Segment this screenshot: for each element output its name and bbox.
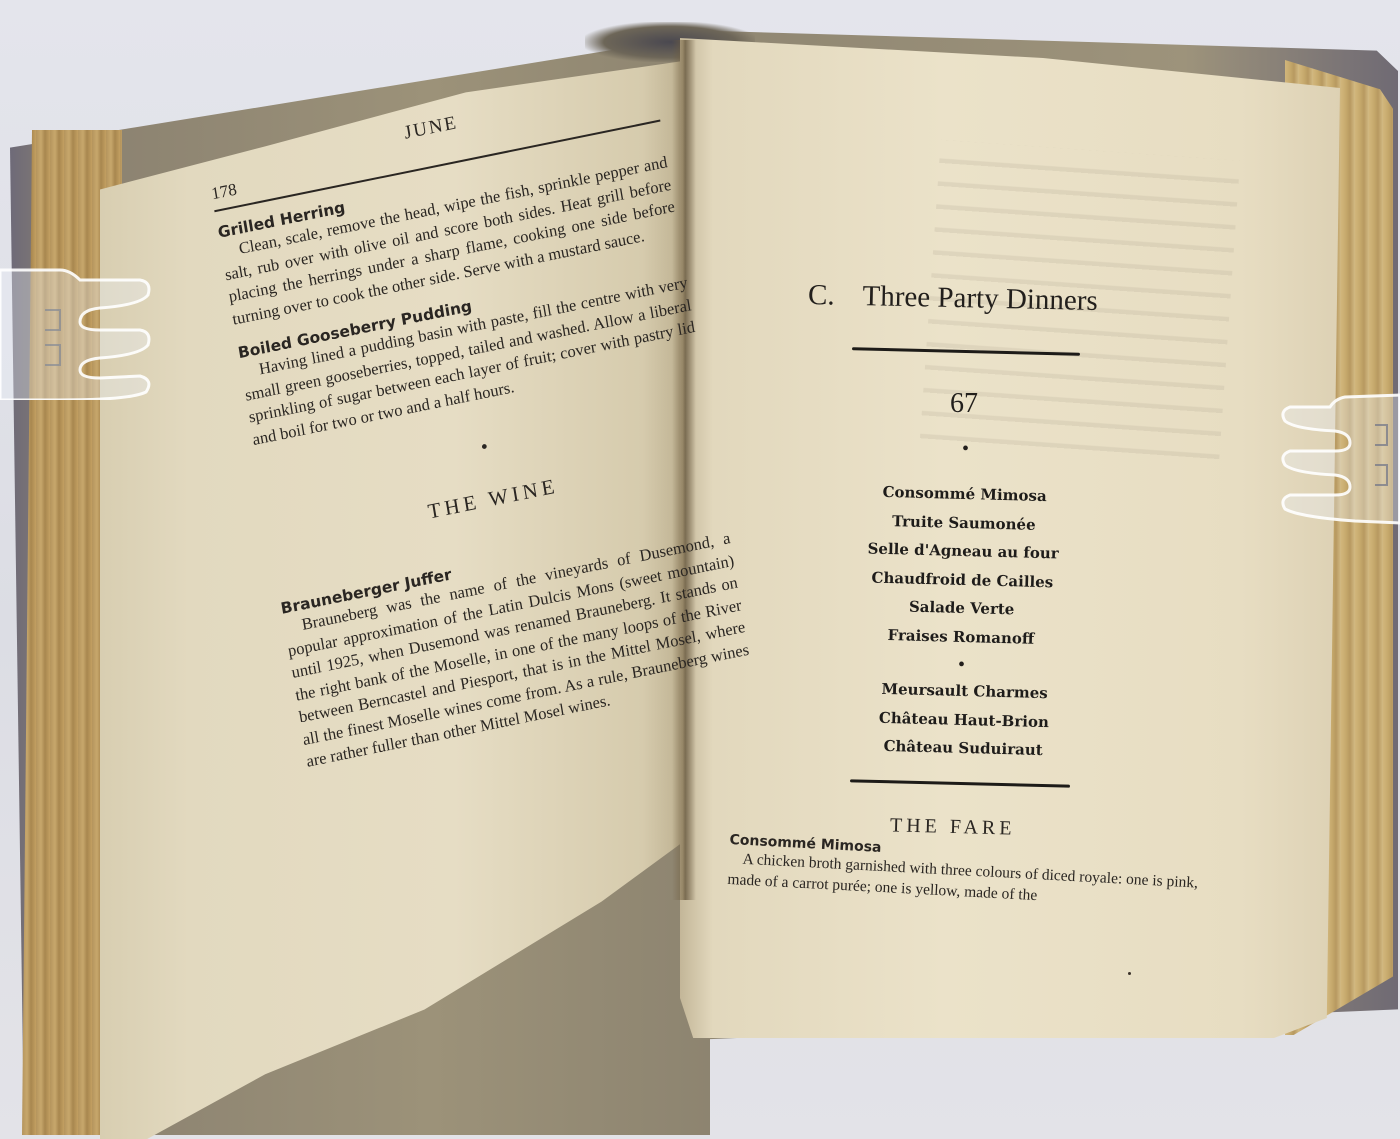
clip-icon [0,250,160,400]
menu-separator: • [962,438,969,461]
page-clip-right [1275,385,1400,535]
menu-course: Chaudfroid de Cailles [847,562,1078,597]
paper-speck [1128,972,1131,975]
section-heading-fare: THE FARE [890,814,1016,840]
clip-icon [1275,385,1400,535]
chapter-letter: C. [808,279,835,312]
page-clip-left [0,250,160,400]
menu-number: 67 [950,388,978,420]
menu-course: Consommé Mimosa [849,477,1080,512]
menu-separator: • [958,654,965,677]
menu-wine: Château Suduiraut [848,731,1079,766]
menu-course: Fraises Romanoff [846,619,1077,654]
menu-wines: Meursault Charmes Château Haut-Brion Châ… [848,674,1080,765]
menu-courses: Consommé Mimosa Truite Saumonée Selle d'… [846,477,1080,654]
chapter-title: Three Party Dinners [862,280,1098,317]
chapter-heading: C.Three Party Dinners [808,279,1098,318]
